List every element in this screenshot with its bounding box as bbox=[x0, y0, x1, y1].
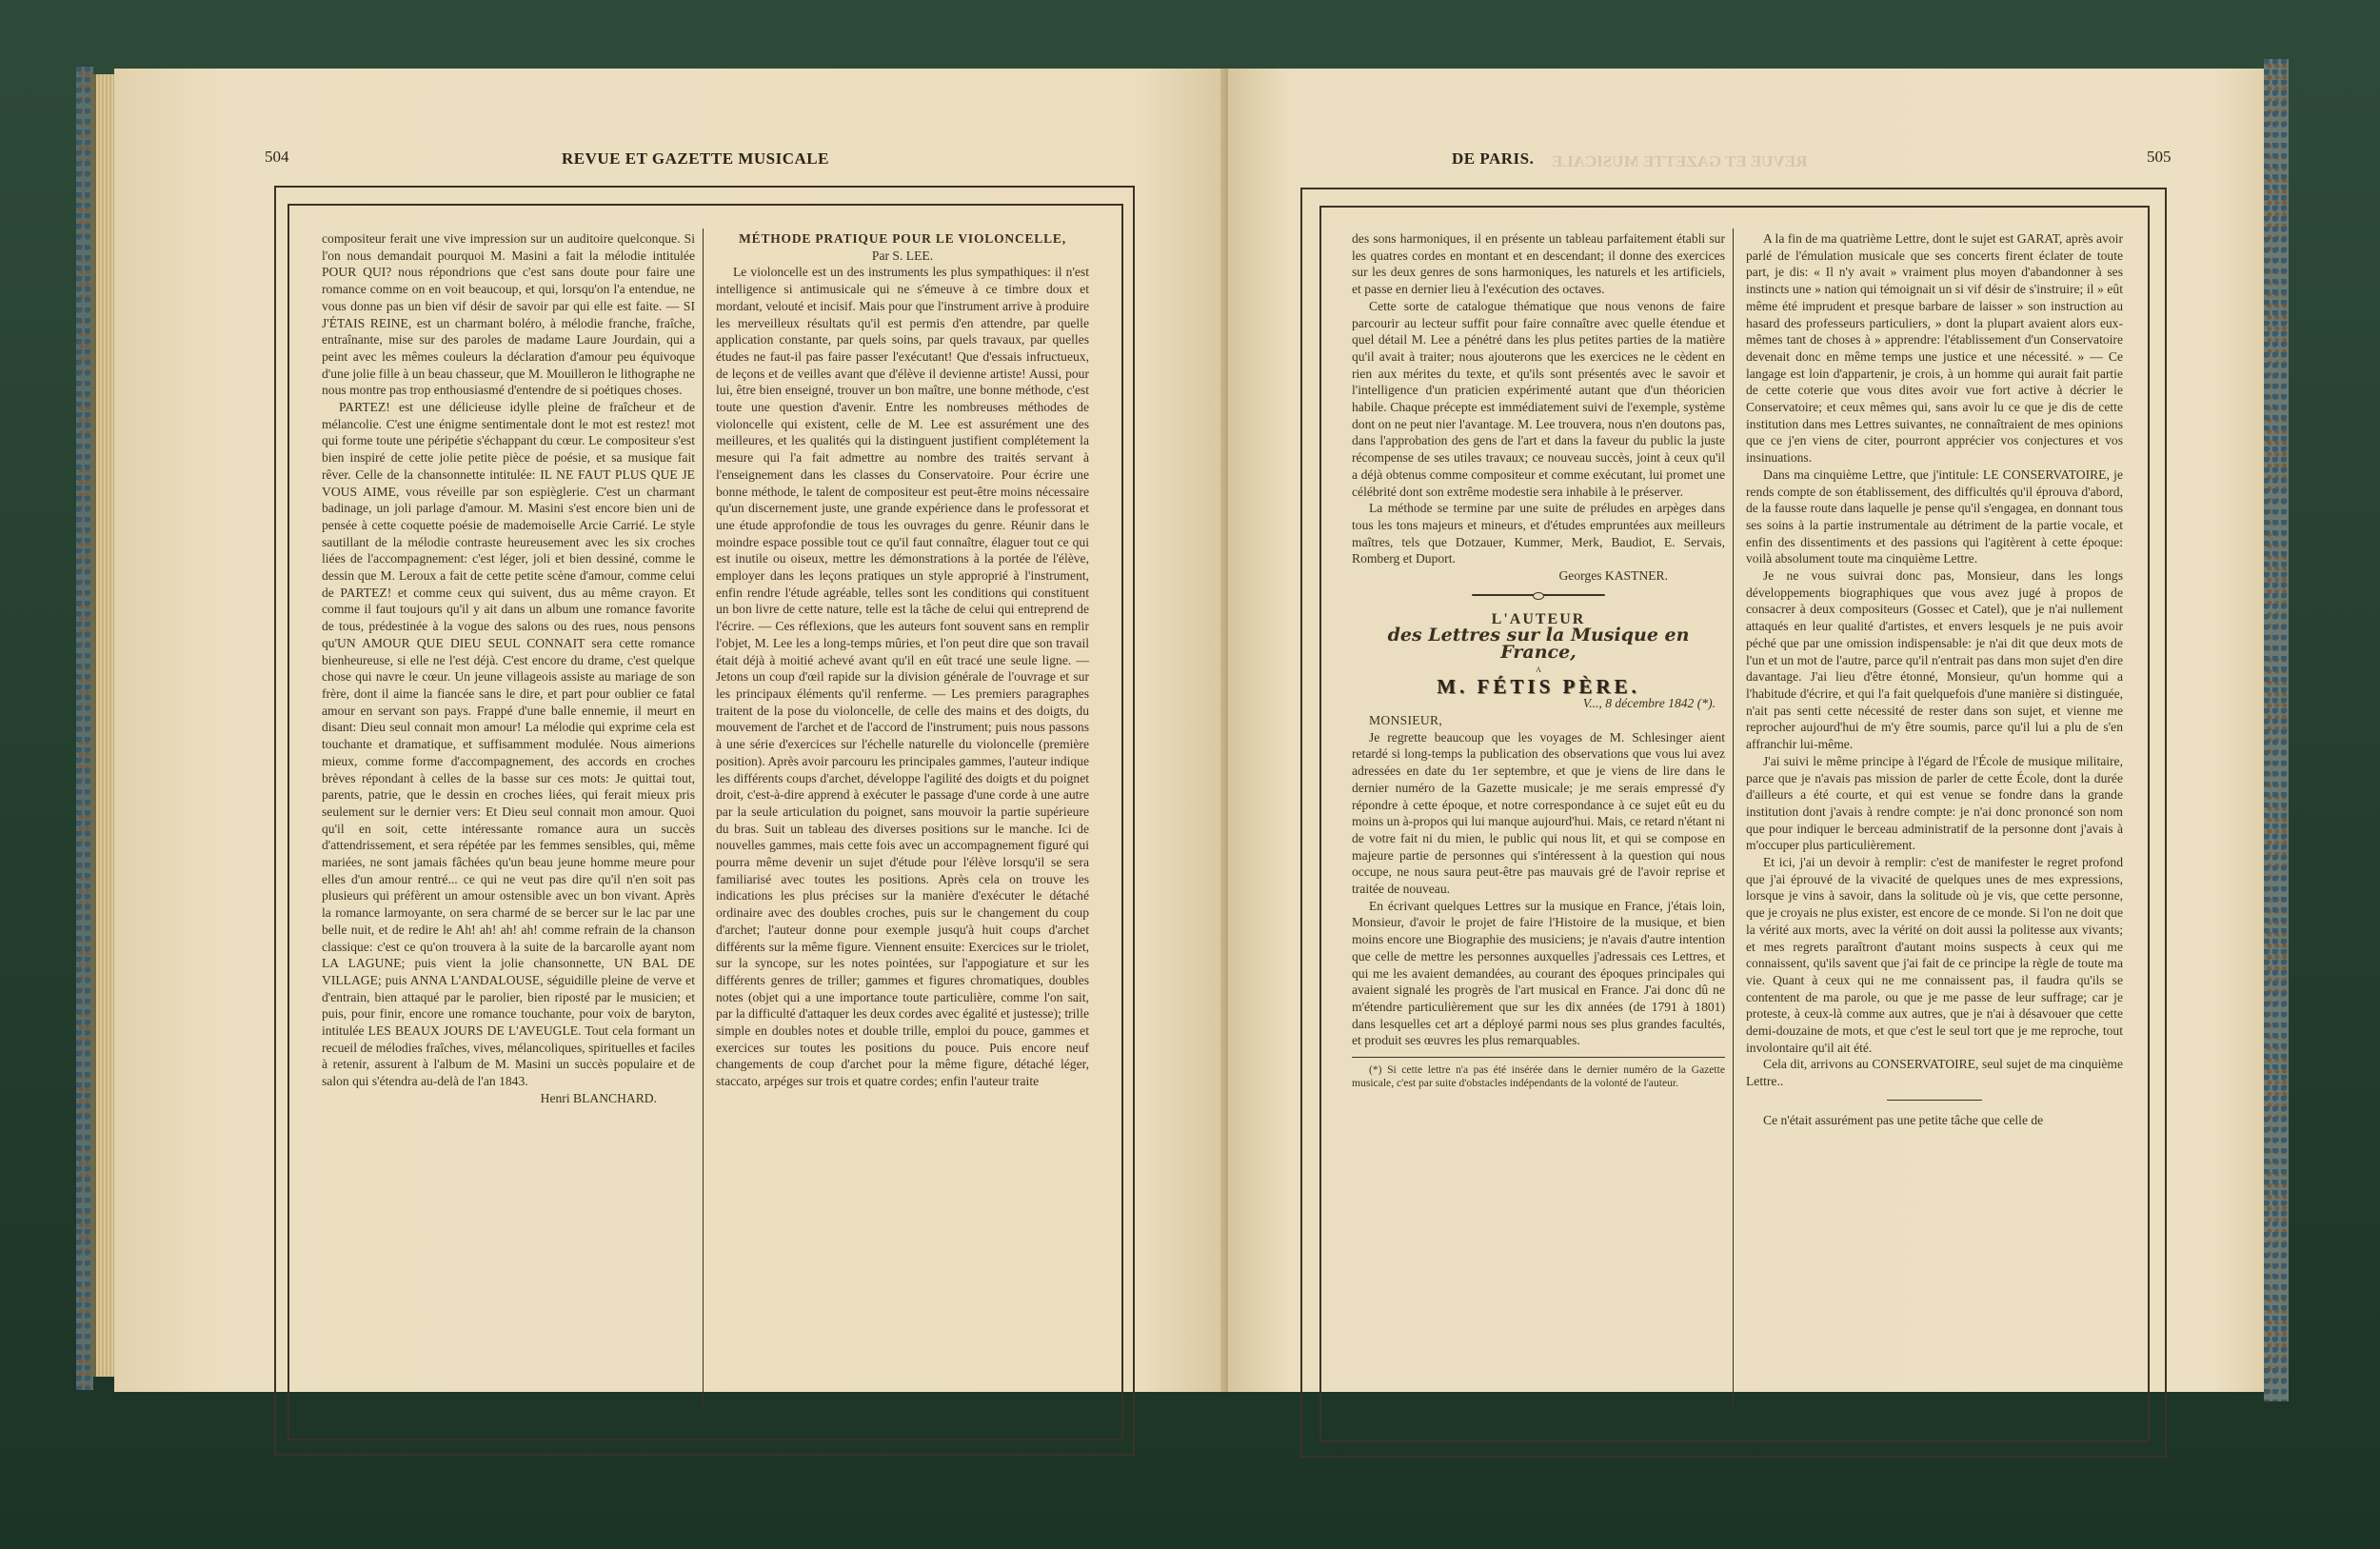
article-paragraph: PARTEZ! est une délicieuse idylle pleine… bbox=[322, 399, 695, 1090]
letter-paragraph: Et ici, j'ai un devoir à remplir: c'est … bbox=[1746, 854, 2123, 1056]
author-signature: Henri BLANCHARD. bbox=[322, 1090, 695, 1107]
running-head-right: DE PARIS. bbox=[1452, 149, 1534, 169]
letter-paragraph: Dans ma cinquième Lettre, que j'intitule… bbox=[1746, 467, 2123, 567]
bleed-through-text: REVUE ET GAZETTE MUSICALE bbox=[1552, 152, 1807, 171]
article-paragraph: compositeur ferait une vive impression s… bbox=[322, 230, 695, 399]
letter-paragraph: Je ne vous suivrai donc pas, Monsieur, d… bbox=[1746, 567, 2123, 753]
letter-paragraph: Je regrette beaucoup que les voyages de … bbox=[1352, 729, 1725, 898]
right-column-2: A la fin de ma quatrième Lettre, dont le… bbox=[1746, 230, 2123, 1129]
article-paragraph: Le violoncelle est un des instruments le… bbox=[716, 264, 1089, 1089]
right-column-rule bbox=[1733, 228, 1734, 1409]
article-title: MÉTHODE PRATIQUE POUR LE VIOLONCELLE, bbox=[716, 230, 1089, 248]
author-signature: Georges KASTNER. bbox=[1352, 567, 1725, 585]
article-paragraph: La méthode se termine par une suite de p… bbox=[1352, 500, 1725, 567]
ornament-divider bbox=[1472, 592, 1605, 598]
left-column-rule bbox=[703, 228, 704, 1409]
article-paragraph: des sons harmoniques, il en présente un … bbox=[1352, 230, 1725, 298]
article-paragraph: Cette sorte de catalogue thématique que … bbox=[1352, 298, 1725, 500]
letter-paragraph: En écrivant quelques Lettres sur la musi… bbox=[1352, 898, 1725, 1049]
right-column-1: des sons harmoniques, il en présente un … bbox=[1352, 230, 1725, 1090]
footnote-rule bbox=[1352, 1057, 1725, 1058]
page-number-right: 505 bbox=[2147, 148, 2172, 167]
letter-dateline: V..., 8 décembre 1842 (*). bbox=[1352, 695, 1725, 712]
letter-paragraph: A la fin de ma quatrième Lettre, dont le… bbox=[1746, 230, 2123, 467]
letter-salutation: MONSIEUR, bbox=[1352, 712, 1725, 729]
letter-paragraph: Ce n'était assurément pas une petite tâc… bbox=[1746, 1112, 2123, 1129]
letter-paragraph: J'ai suivi le même principe à l'égard de… bbox=[1746, 753, 2123, 854]
left-column-2: MÉTHODE PRATIQUE POUR LE VIOLONCELLE, Pa… bbox=[716, 230, 1089, 1090]
article-byline: Par S. LEE. bbox=[716, 248, 1089, 265]
left-column-1: compositeur ferait une vive impression s… bbox=[322, 230, 695, 1107]
section-rule bbox=[1887, 1100, 1982, 1101]
letter-paragraph: Cela dit, arrivons au CONSERVATOIRE, seu… bbox=[1746, 1056, 2123, 1089]
running-head-left: REVUE ET GAZETTE MUSICALE bbox=[562, 149, 829, 169]
footnote: (*) Si cette lettre n'a pas été insérée … bbox=[1352, 1063, 1725, 1090]
letter-heading-recipient: M. FÉTIS PÈRE. bbox=[1352, 679, 1725, 696]
page-number-left: 504 bbox=[265, 148, 289, 167]
letter-heading-lettres: des Lettres sur la Musique en France, bbox=[1352, 627, 1725, 661]
marbled-edge-right bbox=[2264, 59, 2289, 1401]
